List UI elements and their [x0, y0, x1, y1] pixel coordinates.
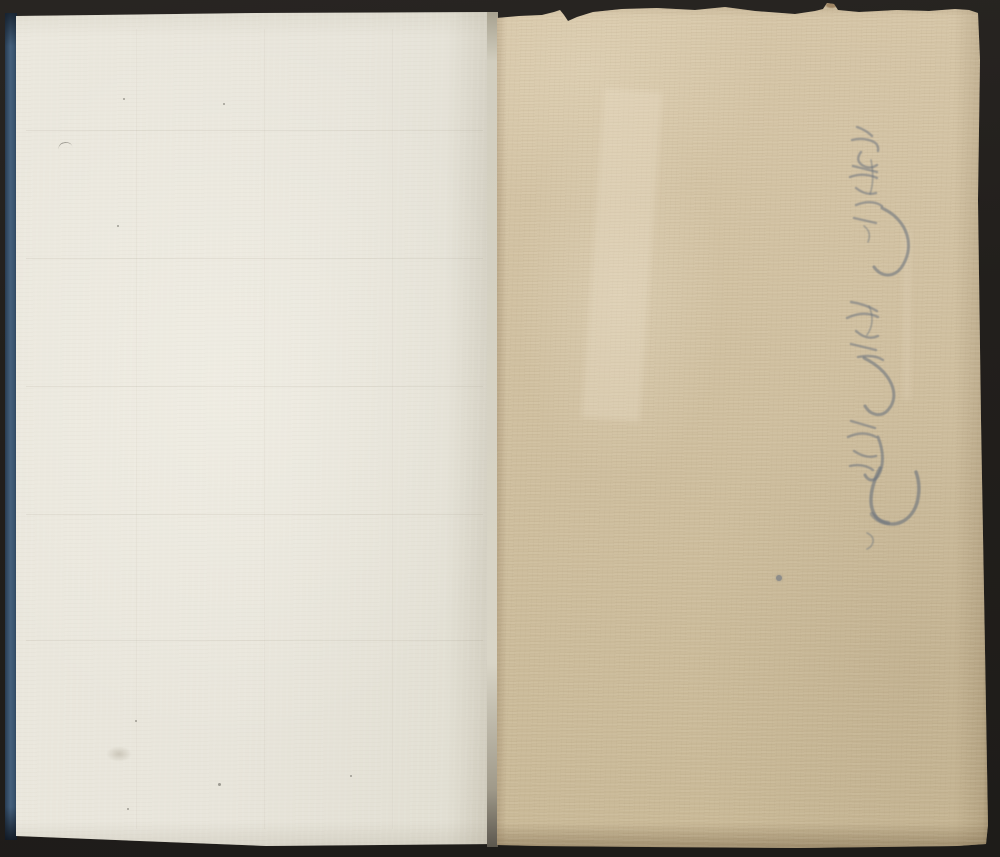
brush-stroke [854, 451, 876, 457]
brush-stroke-loop-shade [872, 514, 888, 523]
fold-crease [264, 29, 265, 830]
brush-stroke [856, 202, 882, 206]
cover-cloth-edge [5, 13, 17, 840]
brush-stroke [850, 465, 873, 470]
brush-stroke [856, 188, 876, 194]
paper-speck [135, 720, 137, 722]
paper-speck [223, 103, 225, 105]
paper-speck [127, 808, 129, 810]
brush-stroke [858, 152, 877, 168]
brush-stroke-hook [865, 437, 883, 480]
paper-speck [350, 775, 352, 777]
brush-stroke-hook [864, 358, 894, 415]
gutter-shadow [487, 12, 498, 847]
paper-speck [117, 225, 119, 227]
photo-background [0, 0, 1000, 857]
brush-stroke [854, 218, 876, 223]
brush-stroke [851, 302, 877, 311]
brush-stroke [858, 356, 883, 360]
fold-crease [136, 29, 137, 830]
right-page [497, 0, 988, 848]
brush-stroke [851, 344, 876, 350]
fold-crease [392, 29, 393, 830]
brush-stroke [852, 139, 878, 151]
brush-stroke [864, 226, 869, 242]
left-page-paper-texture [16, 12, 493, 846]
brush-stroke-hook [874, 208, 909, 275]
brush-stroke-final-mark [867, 533, 873, 549]
left-page [16, 12, 493, 846]
brush-stroke [867, 306, 872, 335]
fold-crease [26, 258, 484, 259]
paper-speck [123, 98, 125, 100]
fold-crease [26, 386, 484, 387]
brush-stroke [851, 421, 875, 428]
brush-stroke [847, 314, 878, 318]
brush-stroke [857, 127, 872, 136]
fold-crease [26, 130, 484, 131]
brush-stroke [848, 434, 876, 438]
fold-crease [26, 640, 484, 641]
fold-crease [26, 514, 484, 515]
paper-smudge [106, 746, 132, 762]
paper-speck [218, 783, 221, 786]
kuzushiji-inscription [497, 0, 988, 848]
